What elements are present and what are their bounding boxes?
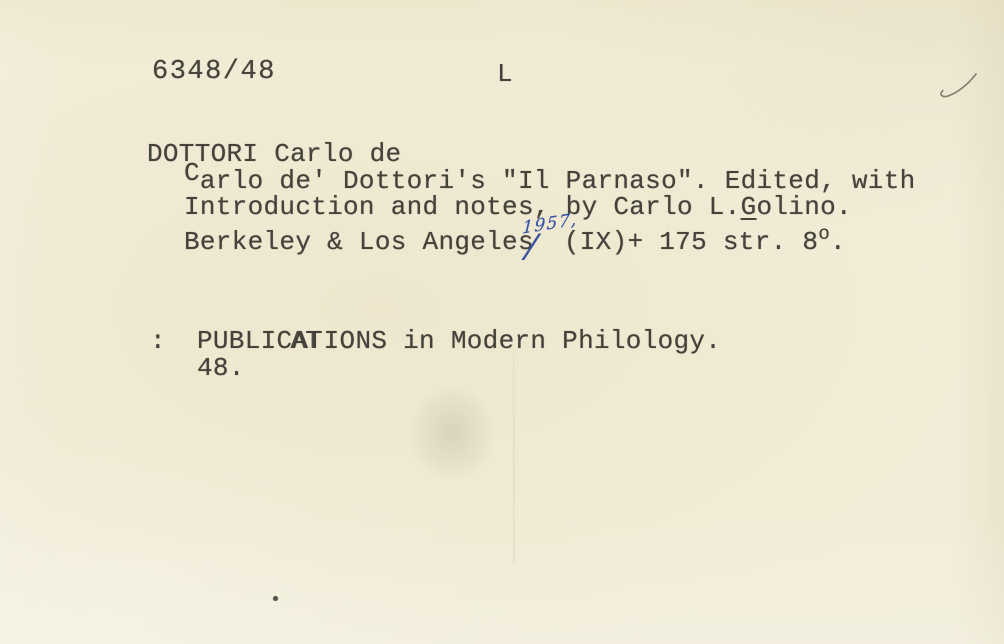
- paper-texture: [0, 0, 1004, 644]
- overstruck-letters: AT: [292, 326, 321, 356]
- series-title: PUBLICATIONS in Modern Philology.: [197, 328, 721, 354]
- format-superscript: o: [818, 223, 830, 245]
- imprint-place: Berkeley & Los Angeles: [184, 227, 534, 257]
- series-title-part2: IONS in Modern Philology.: [324, 326, 722, 356]
- title-line: Carlo de' Dottori's "Il Parnaso". Edited…: [184, 168, 916, 194]
- series-title-part1: PUBLIC: [197, 326, 292, 356]
- pencil-checkmark-icon: [933, 70, 979, 104]
- ink-dot-icon: [273, 596, 278, 601]
- imprint-line: Berkeley & Los Angeles(IX)+ 175 str. 8o.: [184, 229, 846, 257]
- editor-line-before: Introduction and notes, by Carlo L.: [184, 192, 741, 222]
- series-colon: :: [150, 328, 166, 354]
- imprint-period: .: [830, 227, 846, 257]
- series-number: 48.: [197, 355, 245, 381]
- editor-line-after: olino.: [757, 192, 852, 222]
- raised-initial: C: [184, 158, 200, 188]
- imprint-collation: (IX)+ 175 str. 8: [564, 227, 818, 257]
- call-number: 6348/48: [152, 59, 276, 85]
- editor-line: Introduction and notes, by Carlo L.Golin…: [184, 194, 852, 220]
- classification-letter: L: [497, 61, 513, 87]
- ink-smudge-icon: [412, 388, 492, 478]
- catalog-card: 6348/48 L DOTTORI Carlo de Carlo de' Dot…: [0, 0, 1004, 644]
- underlined-letter: G: [741, 192, 757, 222]
- paper-crease: [513, 355, 514, 565]
